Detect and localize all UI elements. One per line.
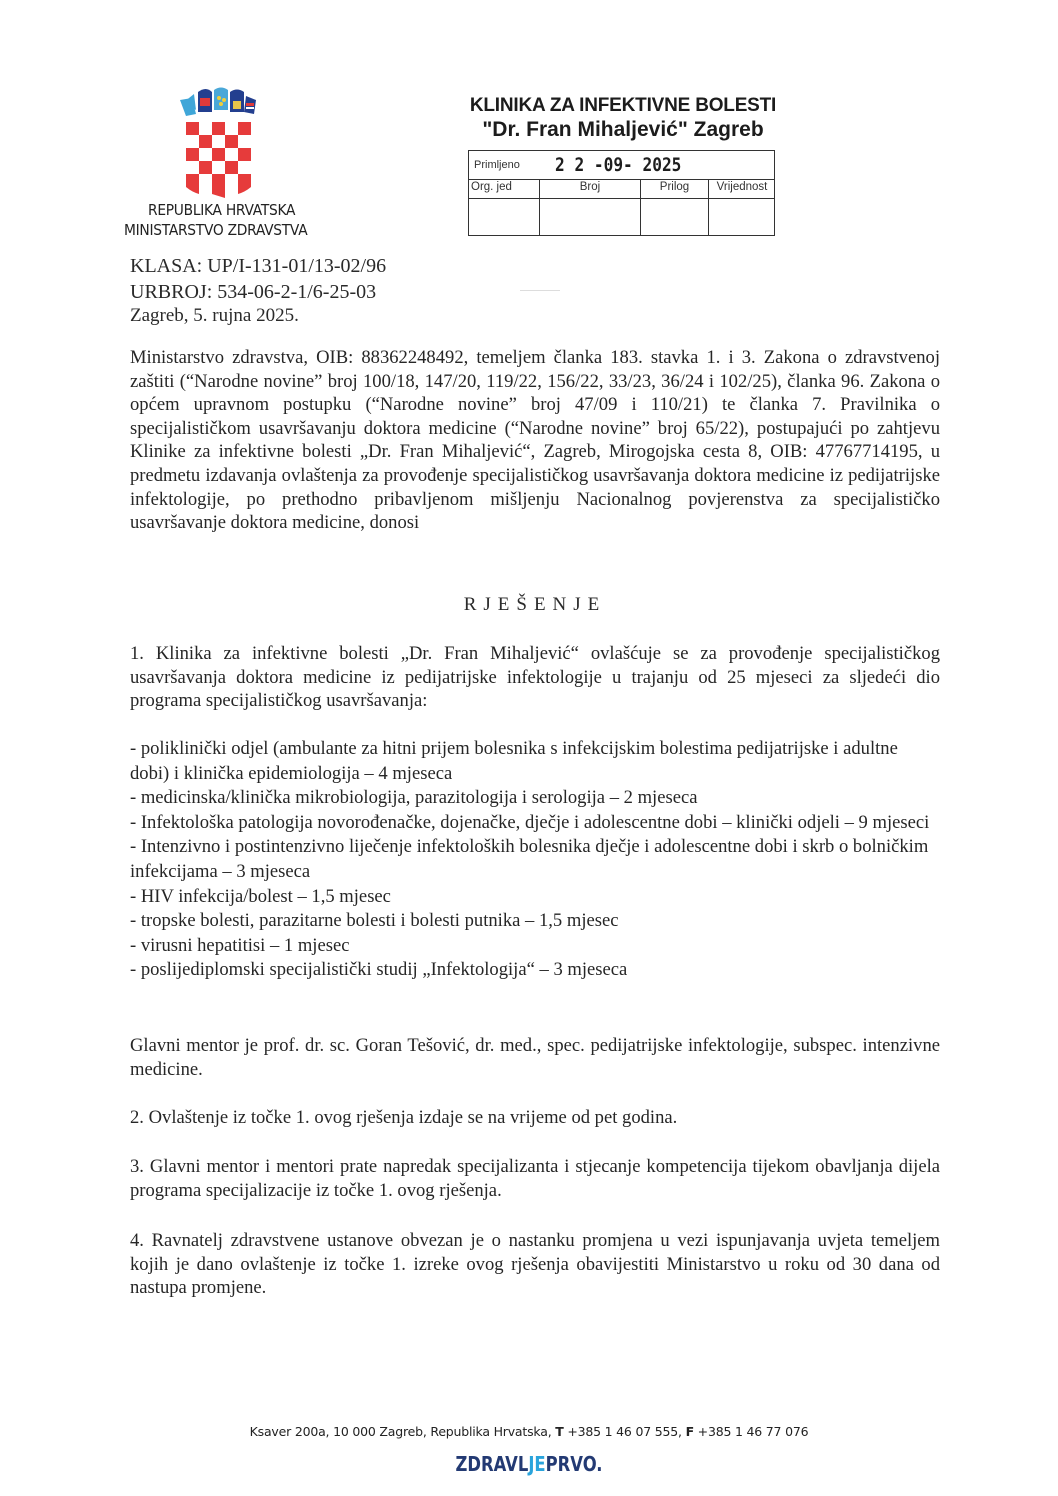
footer-fax: +385 1 46 77 076 bbox=[694, 1424, 808, 1439]
program-item: - Intenzivno i postintenzivno liječenje … bbox=[130, 835, 930, 884]
section-1: 1. Klinika za infektivne bolesti „Dr. Fr… bbox=[130, 642, 940, 713]
urbroj-reference: URBROJ: 534-06-2-1/6-25-03 bbox=[130, 279, 376, 305]
section-4: 4. Ravnatelj zdravstvene ustanove obveza… bbox=[130, 1229, 940, 1300]
section-3: 3. Glavni mentor i mentori prate napreda… bbox=[130, 1155, 940, 1202]
program-item: - Infektološka patologija novorođenačke,… bbox=[130, 811, 930, 836]
stamp-received-label: Primljeno bbox=[474, 159, 520, 171]
mentor-paragraph: Glavni mentor je prof. dr. sc. Goran Teš… bbox=[130, 1034, 940, 1081]
preamble-text: Ministarstvo zdravstva, OIB: 88362248492… bbox=[130, 346, 940, 535]
section-3-text: 3. Glavni mentor i mentori prate napreda… bbox=[130, 1155, 940, 1202]
slogan-part1: ZDRAVL bbox=[455, 1452, 528, 1476]
croatian-coat-of-arms-icon bbox=[176, 86, 260, 198]
section-4-text: 4. Ravnatelj zdravstvene ustanove obveza… bbox=[130, 1229, 940, 1300]
stamp-received-date: 2 2 -09- 2025 bbox=[555, 154, 681, 176]
slogan-accent: JE bbox=[528, 1452, 545, 1476]
program-list: - poliklinički odjel (ambulante za hitni… bbox=[130, 737, 930, 983]
klasa-reference: KLASA: UP/I-131-01/13-02/96 bbox=[130, 253, 386, 279]
phone-label: T bbox=[555, 1424, 563, 1439]
program-item: - HIV infekcija/bolest – 1,5 mjesec bbox=[130, 885, 930, 910]
ministry-name: MINISTARSTVO ZDRAVSTVA bbox=[124, 221, 307, 239]
section-1-text: 1. Klinika za infektivne bolesti „Dr. Fr… bbox=[130, 642, 940, 713]
program-item: - poslijediplomski specijalistički studi… bbox=[130, 958, 930, 983]
footer-address: Ksaver 200a, 10 000 Zagreb, Republika Hr… bbox=[250, 1424, 556, 1439]
section-2: 2. Ovlaštenje iz točke 1. ovog rješenja … bbox=[130, 1106, 940, 1130]
program-item: - tropske bolesti, parazitarne bolesti i… bbox=[130, 909, 930, 934]
received-stamp: Primljeno 2 2 -09- 2025 Org. jed Broj Pr… bbox=[468, 150, 775, 236]
stamp-col-number: Broj bbox=[540, 181, 640, 193]
footer-contact: Ksaver 200a, 10 000 Zagreb, Republika Hr… bbox=[0, 1424, 1058, 1439]
program-item: - poliklinički odjel (ambulante za hitni… bbox=[130, 737, 930, 786]
stamp-col-org-unit: Org. jed bbox=[471, 181, 539, 193]
footer-phone: +385 1 46 07 555, bbox=[564, 1424, 686, 1439]
mentor-text: Glavni mentor je prof. dr. sc. Goran Teš… bbox=[130, 1034, 940, 1081]
stamp-institution-line1: KLINIKA ZA INFEKTIVNE BOLESTI bbox=[465, 95, 781, 117]
section-2-text: 2. Ovlaštenje iz točke 1. ovog rješenja … bbox=[130, 1106, 940, 1130]
country-name: REPUBLIKA HRVATSKA bbox=[148, 201, 295, 219]
preamble-paragraph: Ministarstvo zdravstva, OIB: 88362248492… bbox=[130, 346, 940, 535]
stamp-received-row: Primljeno 2 2 -09- 2025 bbox=[469, 151, 774, 180]
stamp-col-value: Vrijednost bbox=[709, 181, 775, 193]
scan-mark bbox=[520, 290, 560, 291]
program-item: - medicinska/klinička mikrobiologija, pa… bbox=[130, 786, 930, 811]
decision-title: RJEŠENJE bbox=[130, 594, 940, 616]
zdravlje-prvo-logo: ZDRAVLJEPRVO. bbox=[95, 1452, 963, 1476]
stamp-institution-line2: "Dr. Fran Mihaljević" Zagreb bbox=[465, 118, 781, 142]
stamp-col-attachment: Prilog bbox=[641, 181, 708, 193]
fax-label: F bbox=[686, 1424, 694, 1439]
program-item: - virusni hepatitisi – 1 mjesec bbox=[130, 934, 930, 959]
place-and-date: Zagreb, 5. rujna 2025. bbox=[130, 303, 299, 329]
slogan-part2: PRVO. bbox=[546, 1452, 603, 1476]
